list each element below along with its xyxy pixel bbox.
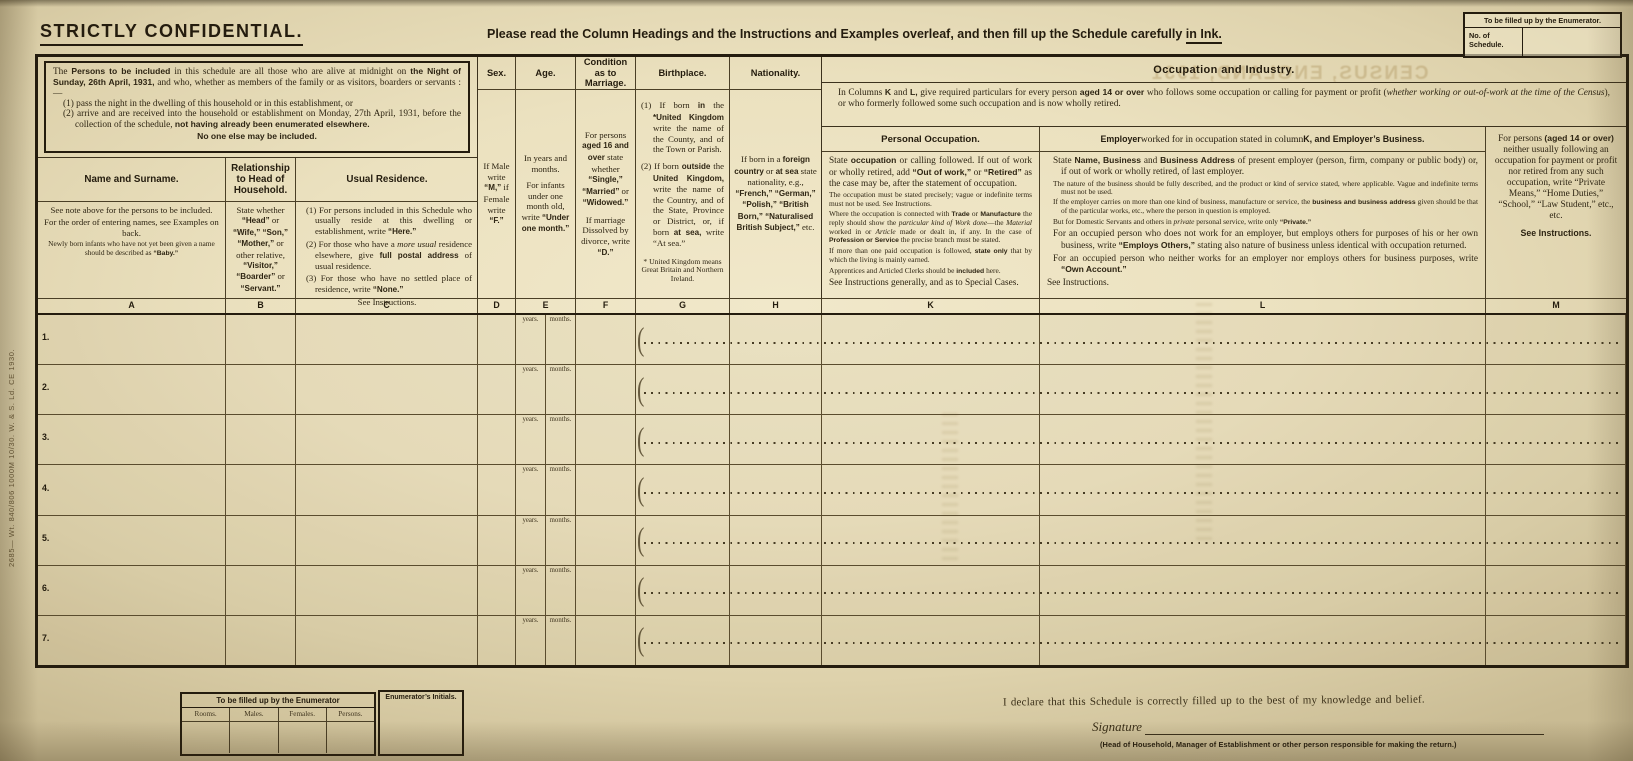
occupation-fine-1: The occupation must be stated precisely;… (829, 191, 1032, 208)
row-number: 4. (42, 483, 49, 493)
marriage-cell[interactable] (576, 616, 636, 665)
row-number: 2. (42, 382, 49, 392)
header-col-birthplace: Birthplace. (1) If born in the *United K… (636, 57, 730, 298)
birthplace-footnote: * United Kingdom means Great Britain and… (641, 258, 724, 284)
occupation-intro-note: In Columns K and L, give required partic… (822, 83, 1626, 127)
years-label: years. (516, 365, 545, 374)
months-label: months. (546, 415, 575, 424)
employer-cell[interactable] (1040, 415, 1486, 464)
no-occupation-cell[interactable] (1486, 616, 1626, 665)
no-occupation-cell[interactable] (1486, 516, 1626, 565)
dotted-entry-line (644, 542, 1618, 544)
marriage-cell[interactable] (576, 365, 636, 414)
occupation-cell[interactable] (822, 415, 1040, 464)
no-occupation-cell[interactable] (1486, 566, 1626, 615)
no-occupation-cell[interactable] (1486, 315, 1626, 364)
nationality-desc: If born in a foreign country or at sea s… (733, 154, 818, 234)
no-occupation-p1: For persons (aged 14 or over) neither us… (1492, 133, 1620, 222)
schedule-number-label: No. of Schedule. (1465, 28, 1523, 57)
note-no-one-else: No one else may be included. (53, 131, 461, 142)
no-occupation-cell[interactable] (1486, 365, 1626, 414)
rooms-label: Rooms. (182, 708, 229, 722)
no-occupation-see-instructions: See Instructions. (1492, 228, 1620, 239)
personal-occupation-title: Personal Occupation. (822, 127, 1039, 152)
females-field[interactable] (279, 722, 326, 753)
sex-cell[interactable] (478, 616, 516, 665)
name-cell[interactable]: 6. (38, 566, 226, 615)
entry-rows: 1. years. months. ( 2. years. months. ( … (38, 315, 1626, 665)
occupation-p1: State occupation or calling followed. If… (829, 155, 1032, 189)
residence-cell[interactable] (296, 516, 478, 565)
dotted-entry-line (644, 492, 1618, 494)
signature-note: (Head of Household, Manager of Establish… (1100, 740, 1457, 749)
signature-row: Signature (1092, 719, 1544, 735)
row-brace: ( (637, 470, 644, 509)
age-years-cell[interactable]: years. (516, 415, 546, 464)
census-schedule-form: CENSUS, ENGLAND, 1931 2685— Wt. 840/806 … (0, 0, 1633, 761)
header-col-residence: Usual Residence. (1) For persons include… (296, 158, 478, 313)
row-number: 6. (42, 583, 49, 593)
age-column-title: Age. (516, 57, 575, 90)
age-years-cell[interactable]: years. (516, 365, 546, 414)
age-months-cell[interactable]: months. (546, 315, 576, 364)
note-paragraph: The Persons to be included in this sched… (53, 66, 461, 99)
enumerator-summary-box: To be filled up by the Enumerator Rooms.… (180, 692, 376, 756)
birthplace-cell[interactable]: ( (636, 465, 730, 514)
age-years-cell[interactable]: years. (516, 616, 546, 665)
employer-see-instructions: See Instructions. (1047, 278, 1478, 289)
column-letter-m: M (1486, 299, 1626, 313)
years-label: years. (516, 465, 545, 474)
employer-cell[interactable] (1040, 315, 1486, 364)
header-col-personal-occupation: Personal Occupation. State occupation or… (822, 127, 1040, 298)
relationship-column-desc: State whether “Head” or “Wife,” “Son,” “… (226, 202, 295, 313)
birthplace-cell[interactable]: ( (636, 315, 730, 364)
employer-cell[interactable] (1040, 365, 1486, 414)
birthplace-column-title: Birthplace. (636, 57, 729, 90)
relationship-desc: State whether “Head” or “Wife,” “Son,” “… (232, 205, 289, 294)
persons-field[interactable] (327, 722, 374, 753)
nationality-cell[interactable] (730, 365, 822, 414)
months-label: months. (546, 365, 575, 374)
age-months-cell[interactable]: months. (546, 415, 576, 464)
persons-to-be-included-note: The Persons to be included in this sched… (44, 61, 470, 153)
age-months-cell[interactable]: months. (546, 616, 576, 665)
name-column-title: Name and Surname. (38, 158, 225, 202)
occupation-fine-2: Where the occupation is connected with T… (829, 210, 1032, 245)
birthplace-cell[interactable]: ( (636, 516, 730, 565)
table-header: The Persons to be included in this sched… (38, 57, 1626, 299)
age-years-cell[interactable]: years. (516, 566, 546, 615)
name-cell[interactable]: 2. (38, 365, 226, 414)
relationship-cell[interactable] (226, 516, 296, 565)
header-col-no-occupation: For persons (aged 14 or over) neither us… (1486, 127, 1626, 298)
nationality-cell[interactable] (730, 616, 822, 665)
employer-cell[interactable] (1040, 566, 1486, 615)
name-column-desc: See note above for the persons to be inc… (38, 202, 225, 313)
relationship-cell[interactable] (226, 315, 296, 364)
residence-cell[interactable] (296, 616, 478, 665)
personal-occupation-desc: State occupation or calling followed. If… (822, 152, 1039, 298)
residence-cell[interactable] (296, 415, 478, 464)
years-label: years. (516, 516, 545, 525)
table-row: 3. years. months. ( (38, 415, 1626, 465)
row-brace: ( (637, 370, 644, 409)
name-cell[interactable]: 5. (38, 516, 226, 565)
row-brace: ( (637, 620, 644, 659)
relationship-cell[interactable] (226, 365, 296, 414)
dotted-entry-line (644, 342, 1618, 344)
row-brace: ( (637, 570, 644, 609)
nationality-cell[interactable] (730, 516, 822, 565)
age-months-cell[interactable]: months. (546, 516, 576, 565)
months-label: months. (546, 465, 575, 474)
column-letter-l: L (1040, 299, 1486, 313)
signature-field[interactable] (1145, 721, 1544, 735)
birthplace-item-2: (2) If born outside the United King­dom,… (641, 161, 724, 249)
residence-item-1: (1) For persons included in this Schedul… (302, 205, 472, 237)
marriage-cell[interactable] (576, 516, 636, 565)
occupation-cell[interactable] (822, 516, 1040, 565)
header-group-abc: The Persons to be included in this sched… (38, 57, 478, 298)
dotted-entry-line (644, 592, 1618, 594)
header-col-sex: Sex. If Male write “M,” if Female write … (478, 57, 516, 298)
no-occupation-cell[interactable] (1486, 415, 1626, 464)
months-label: months. (546, 566, 575, 575)
occupation-cell[interactable] (822, 566, 1040, 615)
name-cell[interactable]: 4. (38, 465, 226, 514)
age-column-desc: In years and months. For infants under o… (516, 90, 575, 298)
months-label: months. (546, 315, 575, 324)
signature-label: Signature (1092, 719, 1142, 735)
fill-in-ink-instruction: Please read the Column Headings and the … (487, 27, 1447, 41)
residence-item-3: (3) For those who have no settled place … (302, 273, 472, 295)
employer-fine-2: If the employer carries on more than one… (1047, 198, 1478, 216)
age-months-cell[interactable]: months. (546, 566, 576, 615)
note-item-1: (1) pass the night in the dwelling of th… (53, 99, 461, 109)
column-letter-e: E (516, 299, 576, 313)
sex-cell[interactable] (478, 566, 516, 615)
occupation-cell[interactable] (822, 616, 1040, 665)
years-label: years. (516, 315, 545, 324)
sex-column-desc: If Male write “M,” if Female write “F.” (478, 90, 515, 298)
residence-column-desc: (1) For persons included in this Schedul… (296, 202, 478, 313)
table-row: 5. years. months. ( (38, 516, 1626, 566)
relationship-cell[interactable] (226, 415, 296, 464)
schedule-table: The Persons to be included in this sched… (35, 54, 1629, 668)
sex-cell[interactable] (478, 465, 516, 514)
row-number: 7. (42, 633, 49, 643)
row-number: 3. (42, 432, 49, 442)
residence-cell[interactable] (296, 566, 478, 615)
residence-item-2: (2) For those who have a more usual resi… (302, 239, 472, 271)
nationality-cell[interactable] (730, 415, 822, 464)
age-months-cell[interactable]: months. (546, 365, 576, 414)
occupation-cell[interactable] (822, 315, 1040, 364)
birthplace-item-1: (1) If born in the *United Kingdom write… (641, 100, 724, 155)
name-desc-1: See note above for the persons to be inc… (44, 205, 219, 215)
marriage-cell[interactable] (576, 465, 636, 514)
residence-cell[interactable] (296, 315, 478, 364)
occupation-fine-4: Apprentices and Articled Clerks should b… (829, 267, 1032, 276)
occupation-see-instructions: See Instructions generally, and as to Sp… (829, 278, 1032, 289)
dotted-entry-line (644, 642, 1618, 644)
nationality-cell[interactable] (730, 315, 822, 364)
birthplace-column-desc: (1) If born in the *United Kingdom write… (636, 90, 729, 298)
enumerator-box-title: To be filled up by the Enumerator. (1465, 14, 1620, 28)
name-desc-baby-note: Newly born infants who have not yet been… (44, 240, 219, 258)
age-years-cell[interactable]: years. (516, 516, 546, 565)
years-label: years. (516, 616, 545, 625)
column-letter-g: G (636, 299, 730, 313)
no-occupation-desc: For persons (aged 14 or over) neither us… (1486, 127, 1626, 251)
occupation-cell[interactable] (822, 365, 1040, 414)
header-col-name: Name and Surname. See note above for the… (38, 158, 226, 313)
name-cell[interactable]: 1. (38, 315, 226, 364)
printer-imprint: 2685— Wt. 840/806 1000M 10/30. W. & S. L… (7, 349, 16, 567)
header-col-employer: Employer worked for in occupation stated… (1040, 127, 1486, 298)
declaration-text: I declare that this Schedule is correctl… (1003, 694, 1425, 709)
males-label: Males. (230, 708, 277, 722)
instruction-text: Please read the Column Headings and the … (487, 27, 1186, 41)
schedule-number-box: To be filled up by the Enumerator. No. o… (1463, 12, 1622, 58)
relationship-cell[interactable] (226, 566, 296, 615)
females-label: Females. (279, 708, 326, 722)
marriage-cell[interactable] (576, 415, 636, 464)
header-col-relationship: Relationship to Head of Household. State… (226, 158, 296, 313)
header-col-age: Age. In years and months. For infants un… (516, 57, 576, 298)
row-brace: ( (637, 520, 644, 559)
sex-cell[interactable] (478, 365, 516, 414)
employer-cell[interactable] (1040, 616, 1486, 665)
years-label: years. (516, 566, 545, 575)
years-label: years. (516, 415, 545, 424)
employer-column-desc: State Name, Business and Business Addres… (1040, 152, 1485, 298)
sex-cell[interactable] (478, 516, 516, 565)
marriage-desc-2: If marriage Dissolved by divorce, write … (579, 215, 632, 258)
row-brace: ( (637, 420, 644, 459)
name-desc-2: For the order of entering names, see Exa… (44, 217, 219, 238)
sex-cell[interactable] (478, 315, 516, 364)
table-row: 4. years. months. ( (38, 465, 1626, 515)
employer-fine-1: The nature of the business should be ful… (1047, 180, 1478, 197)
relationship-cell[interactable] (226, 465, 296, 514)
sex-desc: If Male write “M,” if Female write “F.” (481, 161, 512, 227)
name-cell[interactable]: 7. (38, 616, 226, 665)
column-letter-d: D (478, 299, 516, 313)
age-desc-1: In years and months. (519, 153, 572, 174)
employer-fine-3: But for Domestic Servants and others in … (1047, 218, 1478, 227)
row-number: 5. (42, 533, 49, 543)
enumerator-summary-title: To be filled up by the Enumerator (182, 694, 374, 708)
employer-cell[interactable] (1040, 465, 1486, 514)
sex-column-title: Sex. (478, 57, 515, 90)
confidential-heading: STRICTLY CONFIDENTIAL. (40, 21, 303, 46)
birthplace-cell[interactable]: ( (636, 365, 730, 414)
sex-cell[interactable] (478, 415, 516, 464)
row-brace: ( (637, 320, 644, 359)
employer-cell[interactable] (1040, 516, 1486, 565)
age-desc-2: For infants under one month old, write “… (519, 180, 572, 235)
table-row: 7. years. months. ( (38, 616, 1626, 665)
employer-p1: State Name, Business and Business Addres… (1047, 155, 1478, 178)
column-letter-k: K (822, 299, 1040, 313)
header-col-marriage: Condition as to Marriage. For persons ag… (576, 57, 636, 298)
residence-column-title: Usual Residence. (296, 158, 478, 202)
occupation-industry-banner: Occupation and Industry. (822, 57, 1626, 83)
age-years-cell[interactable]: years. (516, 315, 546, 364)
nationality-column-desc: If born in a foreign country or at sea s… (730, 90, 821, 298)
nationality-cell[interactable] (730, 566, 822, 615)
birthplace-cell[interactable]: ( (636, 415, 730, 464)
table-row: 1. years. months. ( (38, 315, 1626, 365)
employer-column-title: Employer worked for in occupation stated… (1040, 127, 1485, 152)
nationality-column-title: Nationality. (730, 57, 821, 90)
birthplace-cell[interactable]: ( (636, 616, 730, 665)
residence-see-instructions: See Instructions. (302, 297, 472, 307)
column-letter-h: H (730, 299, 822, 313)
dotted-entry-line (644, 442, 1618, 444)
marriage-desc-1: For persons aged 16 and over state wheth… (579, 130, 632, 209)
age-years-cell[interactable]: years. (516, 465, 546, 514)
enumerator-initials-title: Enumerator’s Initials. (380, 692, 462, 702)
months-label: months. (546, 516, 575, 525)
table-row: 6. years. months. ( (38, 566, 1626, 616)
residence-cell[interactable] (296, 465, 478, 514)
age-months-cell[interactable]: months. (546, 465, 576, 514)
males-field[interactable] (230, 722, 277, 753)
relationship-column-title: Relationship to Head of Household. (226, 158, 295, 202)
marriage-column-desc: For persons aged 16 and over state wheth… (576, 90, 635, 298)
name-cell[interactable]: 3. (38, 415, 226, 464)
marriage-cell[interactable] (576, 315, 636, 364)
residence-cell[interactable] (296, 365, 478, 414)
enumerator-initials-box[interactable]: Enumerator’s Initials. (378, 690, 464, 756)
schedule-number-field[interactable] (1523, 28, 1620, 57)
row-number: 1. (42, 332, 49, 342)
instruction-ink-underline: in Ink. (1186, 27, 1222, 44)
header-group-occupation: Occupation and Industry. In Columns K an… (822, 57, 1626, 298)
birthplace-cell[interactable]: ( (636, 566, 730, 615)
column-letter-f: F (576, 299, 636, 313)
persons-label: Persons. (327, 708, 374, 722)
header-col-nationality: Nationality. If born in a foreign countr… (730, 57, 822, 298)
dotted-entry-line (644, 392, 1618, 394)
occupation-fine-3: If more than one paid occupation is foll… (829, 247, 1032, 265)
employer-p3: For an occupied person who neither works… (1047, 254, 1478, 277)
note-item-2: (2) arrive and are received into the hou… (53, 109, 461, 131)
marriage-cell[interactable] (576, 566, 636, 615)
nationality-cell[interactable] (730, 465, 822, 514)
table-row: 2. years. months. ( (38, 365, 1626, 415)
no-occupation-cell[interactable] (1486, 465, 1626, 514)
marriage-column-title: Condition as to Marriage. (576, 57, 635, 90)
months-label: months. (546, 616, 575, 625)
employer-p2: For an occupied person who does not work… (1047, 229, 1478, 252)
rooms-field[interactable] (182, 722, 229, 753)
relationship-cell[interactable] (226, 616, 296, 665)
occupation-cell[interactable] (822, 465, 1040, 514)
